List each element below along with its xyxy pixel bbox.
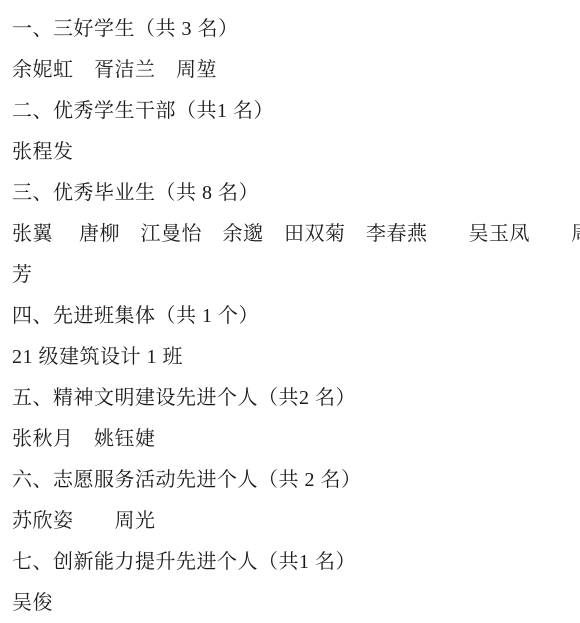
section-2-names: 张程发 (12, 132, 580, 173)
section-7-names: 吴俊 (12, 583, 580, 623)
section-3-names-line-1: 张翼 唐柳 江曼怡 余邈 田双菊 李春燕 吴玉凤 周贤 (12, 214, 580, 255)
section-5-heading: 五、精神文明建设先进个人（共2 名） (12, 378, 580, 419)
section-4-heading: 四、先进班集体（共 1 个） (12, 296, 580, 337)
section-1-heading: 一、三好学生（共 3 名） (12, 9, 580, 50)
section-2-heading: 二、优秀学生干部（共1 名） (12, 91, 580, 132)
section-7-heading: 七、创新能力提升先进个人（共1 名） (12, 542, 580, 583)
section-6-names: 苏欣姿 周光 (12, 501, 580, 542)
section-5-names: 张秋月 姚钰婕 (12, 419, 580, 460)
section-3-names-line-2: 芳 (12, 255, 580, 296)
section-6-heading: 六、志愿服务活动先进个人（共 2 名） (12, 460, 580, 501)
document-page: 一、三好学生（共 3 名） 余妮虹 胥洁兰 周堃 二、优秀学生干部（共1 名） … (0, 0, 580, 623)
section-1-names: 余妮虹 胥洁兰 周堃 (12, 50, 580, 91)
section-4-names: 21 级建筑设计 1 班 (12, 337, 580, 378)
section-3-heading: 三、优秀毕业生（共 8 名） (12, 173, 580, 214)
